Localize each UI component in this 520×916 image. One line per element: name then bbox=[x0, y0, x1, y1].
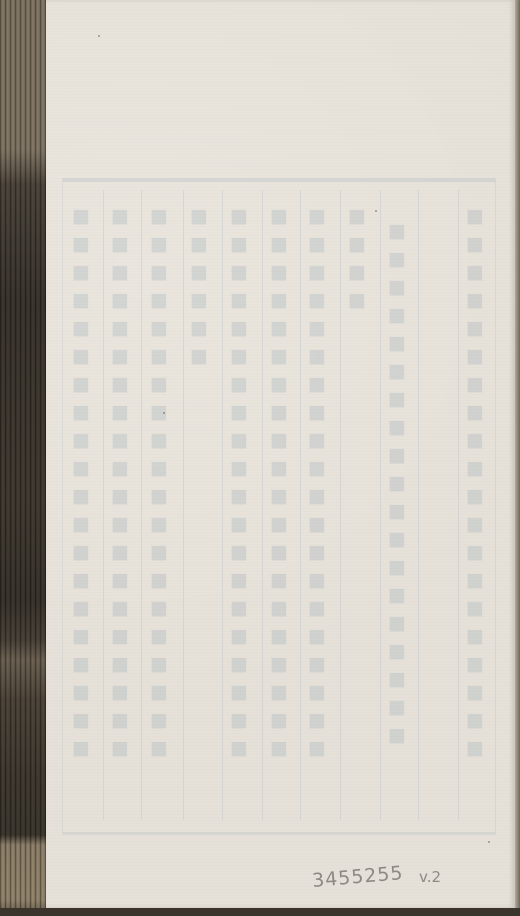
bleed-through-text: ■■■■■■ bbox=[190, 205, 212, 405]
page-right-edge bbox=[515, 0, 520, 908]
pencil-volume-number: v.2 bbox=[419, 868, 441, 886]
bleed-through-text: ■■■■■■■■■■■■■■■■■■■■ bbox=[270, 205, 292, 805]
bleed-through-column-rule bbox=[222, 190, 223, 820]
bleed-through-column-rule bbox=[141, 190, 142, 820]
bleed-through-text: ■■■■■■■■■■■■■■■■■■■■ bbox=[308, 205, 330, 805]
bleed-through-text: ■■■■ bbox=[348, 205, 370, 335]
bleed-through-column-rule bbox=[380, 190, 381, 820]
bleed-through-column-rule bbox=[262, 190, 263, 820]
paper-speck bbox=[163, 412, 165, 414]
bleed-through-column-rule bbox=[183, 190, 184, 820]
paper-speck bbox=[488, 841, 490, 843]
bleed-through-text: ■■■■■■■■■■■■■■■■■■■■ bbox=[466, 205, 488, 805]
book-spine-edge bbox=[0, 0, 46, 912]
paper-speck bbox=[375, 210, 377, 212]
bleed-through-column-rule bbox=[458, 190, 459, 820]
paper-speck bbox=[98, 35, 100, 37]
bleed-through-column-rule bbox=[340, 190, 341, 820]
bleed-through-column-rule bbox=[300, 190, 301, 820]
bleed-through-text: ■■■■■■■■■■■■■■■■■■■ bbox=[388, 220, 410, 820]
bleed-through-column-rule bbox=[103, 190, 104, 820]
bleed-through-text: ■■■■■■■■■■■■■■■■■■■■ bbox=[72, 205, 94, 805]
page-bottom-edge bbox=[0, 908, 520, 916]
bleed-through-text: ■■■■■■■■■■■■■■■■■■■■ bbox=[230, 205, 252, 805]
bleed-through-column-rule bbox=[418, 190, 419, 820]
bleed-through-text: ■■■■■■■■■■■■■■■■■■■■ bbox=[111, 205, 133, 805]
bleed-through-text: ■■■■■■■■■■■■■■■■■■■■ bbox=[150, 205, 172, 805]
